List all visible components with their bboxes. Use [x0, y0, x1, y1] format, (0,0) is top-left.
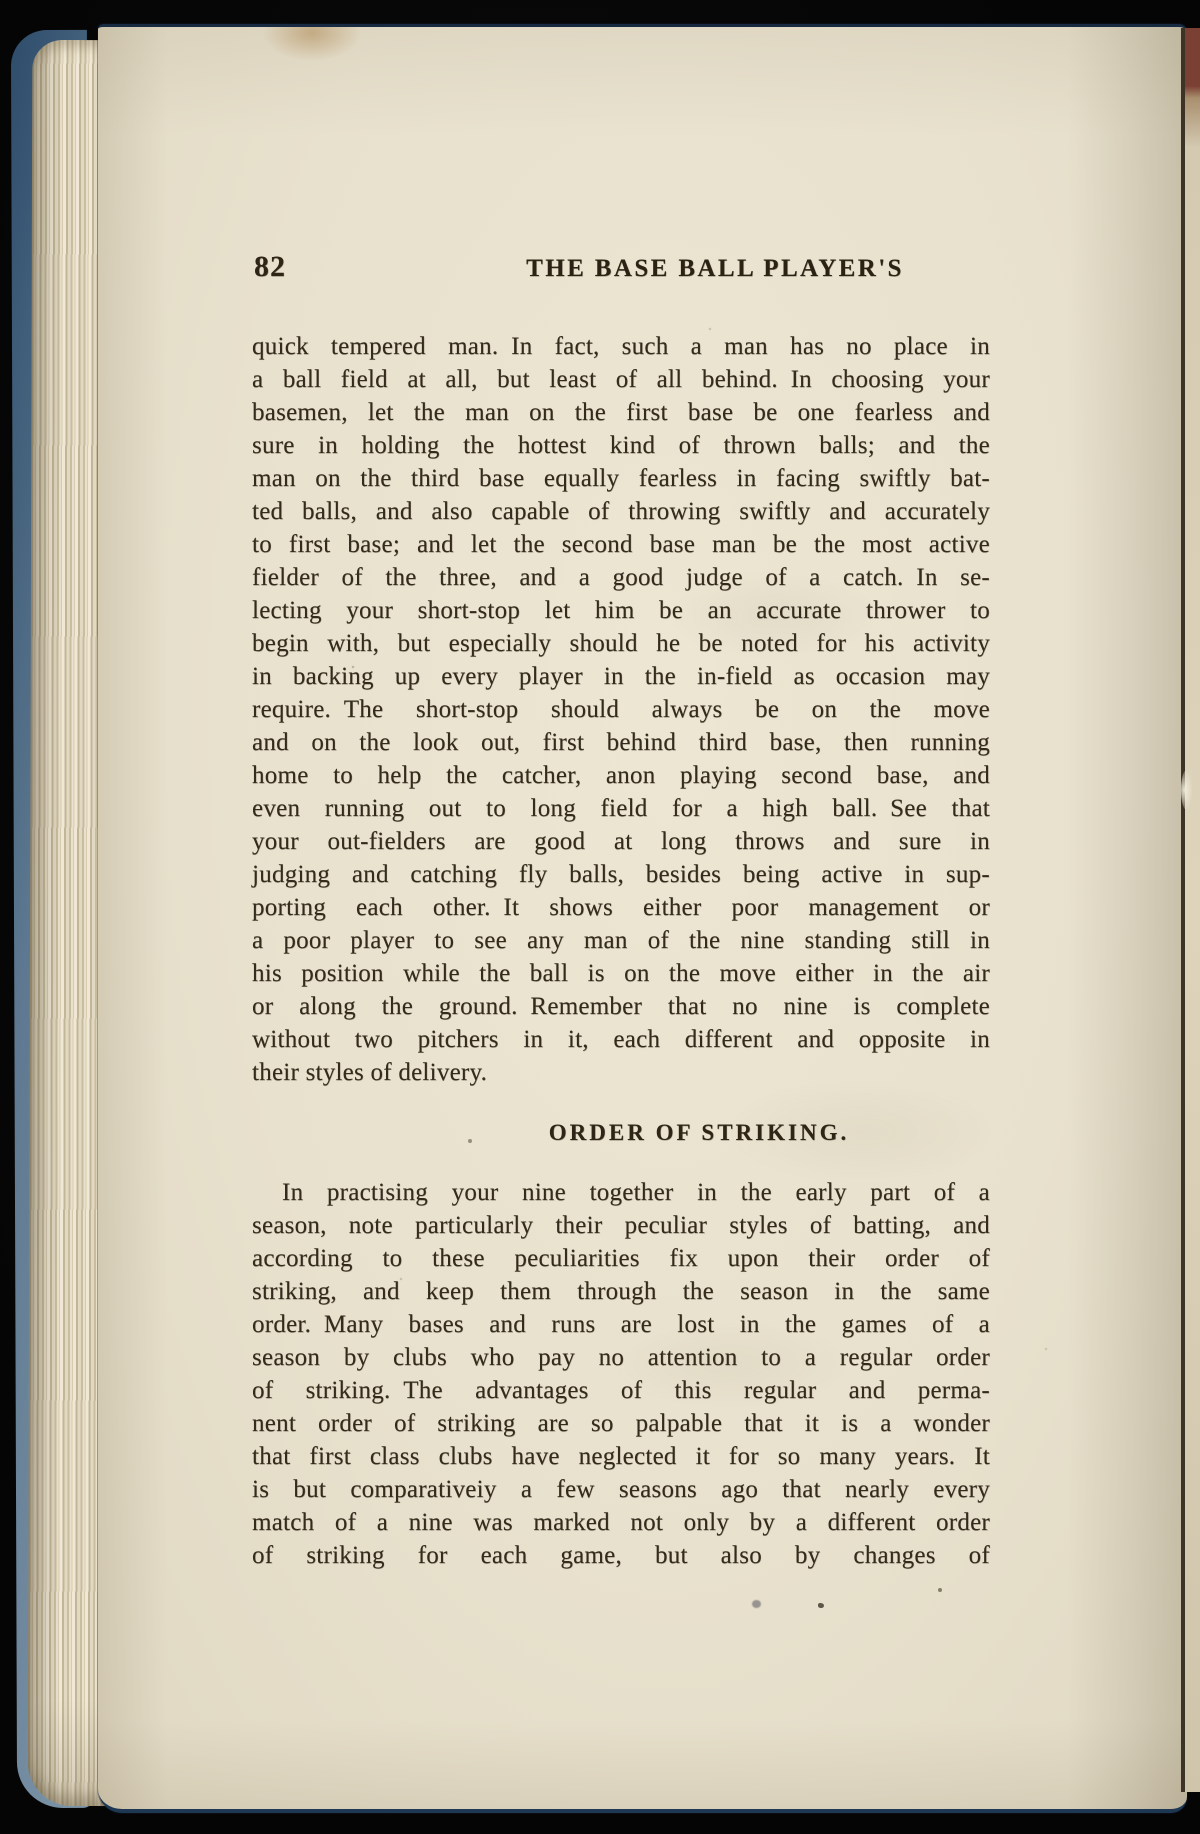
page-number: 82 [254, 250, 286, 284]
section-heading: ORDER OF STRIKING. [330, 1120, 1068, 1146]
text-line: according to these peculiarities fix upo… [252, 1242, 990, 1275]
page-content: 82 THE BASE BALL PLAYER'S quick tempered… [252, 0, 990, 1834]
text-line: a ball field at all, but least of all be… [252, 363, 990, 396]
text-line: to first base; and let the second base m… [252, 528, 990, 561]
text-line: their styles of delivery. [252, 1056, 990, 1089]
text-line: his position while the ball is on the mo… [252, 957, 990, 990]
text-line: fielder of the three, and a good judge o… [252, 561, 990, 594]
text-line: and on the look out, first behind third … [252, 726, 990, 759]
text-line: man on the third base equally fearless i… [252, 462, 990, 495]
running-title: THE BASE BALL PLAYER'S [526, 255, 904, 283]
text-line: a poor player to see any man of the nine… [252, 924, 990, 957]
text-line: in backing up every player in the in-fie… [252, 660, 990, 693]
text-line: or along the ground. Remember that no ni… [252, 990, 990, 1023]
text-line: match of a nine was marked not only by a… [252, 1506, 990, 1539]
text-line: home to help the catcher, anon playing s… [252, 759, 990, 792]
text-line: porting each other. It shows either poor… [252, 891, 990, 924]
text-line: season, note particularly their peculiar… [252, 1209, 990, 1242]
text-line: is but comparativeiy a few seasons ago t… [252, 1473, 990, 1506]
gutter-crease [1181, 770, 1192, 810]
paragraph-one: quick tempered man. In fact, such a man … [252, 330, 990, 1089]
text-line: season by clubs who pay no attention to … [252, 1341, 990, 1374]
ink-speck [938, 1588, 942, 1592]
text-line: lecting your short-stop let him be an ac… [252, 594, 990, 627]
ink-speck [752, 1600, 761, 1608]
text-line: quick tempered man. In fact, such a man … [252, 330, 990, 363]
text-line: your out-fielders are good at long throw… [252, 825, 990, 858]
opposite-page-edge [1181, 28, 1200, 1792]
ink-speck [818, 1603, 824, 1608]
text-line: sure in holding the hottest kind of thro… [252, 429, 990, 462]
text-line: without two pitchers in it, each differe… [252, 1023, 990, 1056]
text-line: of striking. The advantages of this regu… [252, 1374, 990, 1407]
paragraph-two: In practising your nine together in the … [252, 1176, 990, 1572]
text-line: judging and catching fly balls, besides … [252, 858, 990, 891]
text-line: striking, and keep them through the seas… [252, 1275, 990, 1308]
text-line: In practising your nine together in the … [252, 1176, 990, 1209]
book-page-scan: 82 THE BASE BALL PLAYER'S quick tempered… [0, 0, 1200, 1834]
ink-speck [468, 1139, 472, 1143]
text-line: of striking for each game, but also by c… [252, 1539, 990, 1572]
text-line: that first class clubs have neglected it… [252, 1440, 990, 1473]
text-line: begin with, but especially should he be … [252, 627, 990, 660]
text-line: basemen, let the man on the first base b… [252, 396, 990, 429]
text-line: ted balls, and also capable of throwing … [252, 495, 990, 528]
text-line: require. The short-stop should always be… [252, 693, 990, 726]
text-line: order. Many bases and runs are lost in t… [252, 1308, 990, 1341]
text-line: nent order of striking are so palpable t… [252, 1407, 990, 1440]
text-line: even running out to long field for a hig… [252, 792, 990, 825]
